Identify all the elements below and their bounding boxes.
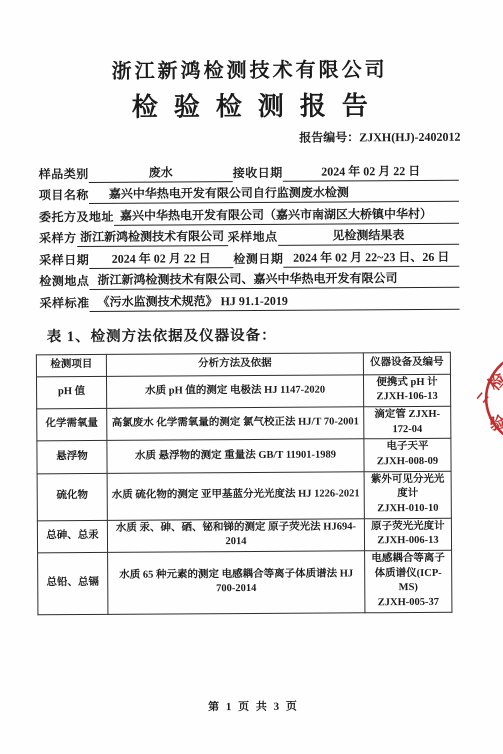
field-value: 浙江新鸿检测技术有限公司、嘉兴中华热电开发有限公司 [89, 269, 459, 290]
field-value: 嘉兴中华热电开发有限公司（嘉兴市南湖区大桥镇中华村） [114, 204, 459, 225]
info-row-project-name: 项目名称 嘉兴中华热电开发有限公司自行监测废水检测 [39, 180, 459, 204]
field-label: 采样方 [39, 229, 77, 247]
info-row-testing-location: 检测地点 浙江新鸿检测技术有限公司、嘉兴中华热电开发有限公司 [39, 266, 459, 290]
cell-method: 水质 65 种元素的测定 电感耦合等离子体质谱法 HJ 700-2014 [108, 551, 365, 614]
table-row: 硫化物 水质 硫化物的测定 亚甲基蓝分光光度法 HJ 1226-2021 紫外可… [37, 471, 451, 521]
field-value: 见检测结果表 [278, 226, 460, 246]
instrument-id: ZJXH-008-09 [366, 455, 448, 470]
cell-method: 水质 硫化物的测定 亚甲基蓝分光光度法 HJ 1226-2021 [107, 471, 364, 520]
field-value: 嘉兴中华热电开发有限公司自行监测废水检测 [89, 183, 459, 204]
report-number-line: 报告编号：ZJXH(HJ)-2402012 [0, 128, 461, 148]
table-row: pH 值 水质 pH 值的测定 电极法 HJ 1147-2020 便携式 pH … [36, 374, 450, 409]
scanned-content: 浙江新鸿检测技术有限公司 检验检测报告 报告编号：ZJXH(HJ)-240201… [0, 0, 503, 754]
cell-instrument: 便携式 pH 计 ZJXH-106-13 [363, 374, 450, 407]
field-label: 检测日期 [233, 249, 283, 267]
instrument-id: ZJXH-010-10 [367, 502, 449, 517]
field-label: 采样日期 [39, 250, 89, 268]
table-row: 悬浮物 水质 悬浮物的测定 重量法 GB/T 11901-1989 电子天平 Z… [37, 439, 451, 474]
instrument-name: 电感耦合等离子体质谱仪(ICP-MS) [367, 552, 449, 597]
report-number-label: 报告编号： [299, 130, 359, 144]
instrument-id: ZJXH-006-13 [367, 534, 449, 549]
cell-instrument: 紫外可见分光光度计 ZJXH-010-10 [364, 471, 451, 519]
info-section: 样品类别 废水 接收日期 2024 年 02 月 22 日 项目名称 嘉兴中华热… [39, 159, 460, 312]
info-row-client-address: 委托方及地址 嘉兴中华热电开发有限公司（嘉兴市南湖区大桥镇中华村） [39, 202, 459, 226]
field-value: 《污水监测技术规范》 HJ 91.1-2019 [89, 290, 459, 311]
cell-item: 总砷、总汞 [37, 520, 107, 553]
table-row: 化学需氧量 高氯废水 化学需氧量的测定 氯气校正法 HJ/T 70-2001 滴… [37, 406, 451, 441]
cell-instrument: 电子天平 ZJXH-008-09 [364, 439, 451, 472]
cell-method: 水质 pH 值的测定 电极法 HJ 1147-2020 [106, 374, 363, 408]
cell-instrument: 原子荧光光度计 ZJXH-006-13 [364, 518, 451, 551]
table-row: 总砷、总汞 水质 汞、砷、硒、铋和锑的测定 原子荧光法 HJ694-2014 原… [37, 518, 451, 553]
company-name: 浙江新鸿检测技术有限公司 [0, 52, 501, 84]
info-row-sample-category: 样品类别 废水 接收日期 2024 年 02 月 22 日 [39, 159, 459, 183]
instrument-id: ZJXH-106-13 [366, 390, 448, 405]
table1-caption: 表 1、检测方法依据及仪器设备： [47, 322, 503, 346]
cell-method: 高氯废水 化学需氧量的测定 氯气校正法 HJ/T 70-2001 [107, 407, 364, 441]
table-row: 总铅、总镉 水质 65 种元素的测定 电感耦合等离子体质谱法 HJ 700-20… [38, 550, 452, 614]
cell-method: 水质 汞、砷、硒、铋和锑的测定 原子荧光法 HJ694-2014 [107, 519, 364, 553]
instrument-id: ZJXH-005-37 [367, 596, 449, 611]
page-number: 第 1 页 共 3 页 [2, 696, 503, 715]
field-value: 2024 年 02 月 22 日 [89, 249, 233, 269]
cell-instrument: 滴定管 ZJXH-172-04 [364, 406, 451, 439]
instrument-name: 便携式 pH 计 [366, 375, 448, 390]
field-label: 委托方及地址 [39, 207, 114, 225]
info-row-sampling-standard: 采样标准 《污水监测技术规范》 HJ 91.1-2019 [39, 288, 459, 312]
report-number-value: ZJXH(HJ)-2402012 [359, 130, 460, 145]
report-page: 浙江新鸿检测技术有限公司 检验检测报告 报告编号：ZJXH(HJ)-240201… [0, 0, 503, 754]
field-label: 采样标准 [39, 293, 89, 311]
field-label: 检测地点 [39, 272, 89, 290]
methods-equipment-table: 检测项目 分析方法及依据 仪器设备及编号 pH 值 水质 pH 值的测定 电极法… [36, 351, 453, 615]
cell-item: 悬浮物 [37, 441, 107, 474]
seal-stamp-icon: 检 验 [463, 346, 503, 456]
field-label: 项目名称 [39, 186, 89, 204]
field-label: 采样地点 [228, 228, 278, 246]
field-value: 2024 年 02 月 22~23 日、26 日 [283, 247, 459, 267]
instrument-name: 滴定管 ZJXH-172-04 [366, 408, 448, 438]
report-title: 检验检测报告 [0, 84, 501, 124]
field-value: 废水 [89, 163, 233, 183]
cell-item: 总铅、总镉 [38, 552, 108, 614]
instrument-name: 电子天平 [366, 440, 448, 455]
field-value: 2024 年 02 月 22 日 [283, 161, 459, 181]
info-row-sampling-date: 采样日期 2024 年 02 月 22 日 检测日期 2024 年 02 月 2… [39, 245, 459, 269]
info-row-sampling-party: 采样方 浙江新鸿检测技术有限公司 采样地点 见检测结果表 [39, 223, 459, 247]
field-value: 浙江新鸿检测技术有限公司 [77, 227, 228, 247]
cell-instrument: 电感耦合等离子体质谱仪(ICP-MS) ZJXH-005-37 [365, 550, 452, 612]
red-seal-stamp: 检 验 [463, 346, 503, 456]
cell-method: 水质 悬浮物的测定 重量法 GB/T 11901-1989 [107, 439, 364, 473]
col-header-method: 分析方法及依据 [106, 352, 363, 376]
cell-item: 化学需氧量 [37, 408, 107, 441]
instrument-name: 紫外可见分光光度计 [367, 472, 449, 502]
col-header-item: 检测项目 [36, 354, 106, 376]
instrument-name: 原子荧光光度计 [367, 519, 449, 534]
field-label: 接收日期 [233, 163, 283, 181]
cell-item: 硫化物 [37, 473, 107, 520]
table-header-row: 检测项目 分析方法及依据 仪器设备及编号 [36, 352, 450, 377]
cell-item: pH 值 [36, 376, 106, 409]
field-label: 样品类别 [39, 164, 89, 182]
col-header-instrument: 仪器设备及编号 [363, 352, 450, 375]
